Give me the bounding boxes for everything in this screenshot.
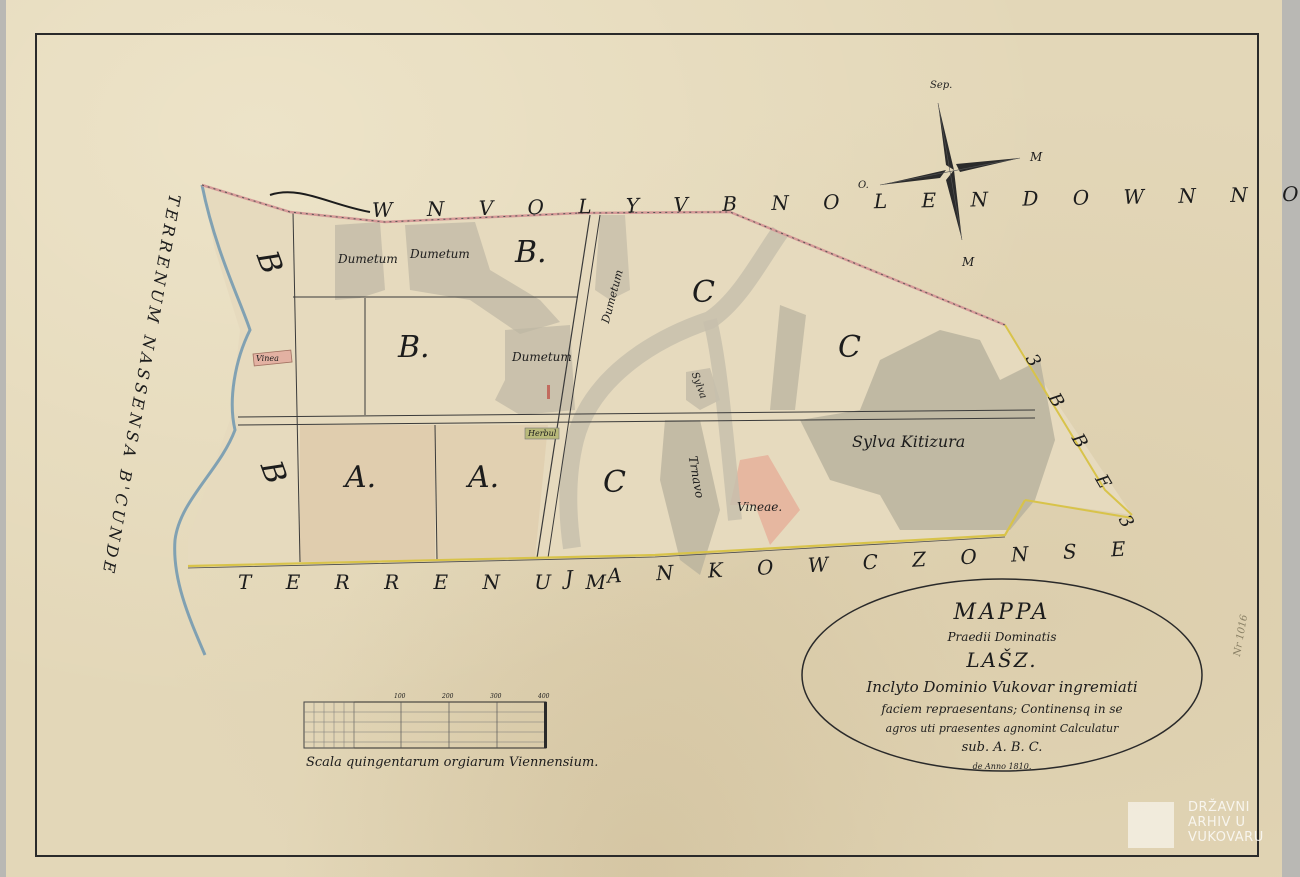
archive-name-line-2: ARHIV U xyxy=(1188,815,1264,830)
herbul-label: Herbul xyxy=(528,429,556,438)
archive-name: DRŽAVNI ARHIV U VUKOVARU xyxy=(1188,800,1264,845)
cartouche-line-5: faciem repraesentans; Continensq in se xyxy=(802,702,1202,716)
compass-north-label: Sep. xyxy=(930,80,952,91)
scale-tick-2: 200 xyxy=(442,693,453,700)
parcel-label-c-south: C xyxy=(603,465,626,500)
south-west-border-text: T E R R E N U M xyxy=(238,570,620,594)
archive-name-line-1: DRŽAVNI xyxy=(1188,800,1264,815)
compass-west-label: O. xyxy=(858,180,869,191)
scale-bar xyxy=(304,702,547,748)
archive-name-line-3: VUKOVARU xyxy=(1188,830,1264,845)
cartouche-line-2: Praedii Dominatis xyxy=(802,630,1202,644)
cartouche-date: de Anno 1810. xyxy=(802,762,1202,771)
parcel-label-b-north: B. xyxy=(515,235,547,270)
compass-east-label: M xyxy=(1030,150,1042,164)
scale-tick-4: 400 xyxy=(538,693,549,700)
archive-logo-icon xyxy=(1128,802,1174,848)
dumetum-label-1: Dumetum xyxy=(338,252,398,266)
scale-caption: Scala quingentarum orgiarum Viennensium. xyxy=(306,755,598,770)
cartouche-line-7: sub. A. B. C. xyxy=(802,740,1202,755)
vineae-label: Vineae. xyxy=(737,500,782,514)
cartouche-line-6: agros uti praesentes agnomint Calculatur xyxy=(802,722,1202,735)
parcel-label-c-east: C xyxy=(838,330,861,365)
parcel-label-a-1: A. xyxy=(345,460,376,495)
sylva-kitizura-label: Sylva Kitizura xyxy=(852,432,965,451)
parcel-label-b-middle: B. xyxy=(398,330,430,365)
scale-tick-3: 300 xyxy=(490,693,501,700)
parcel-label-c-north: C xyxy=(692,275,715,310)
cartouche-line-3: LAŠZ. xyxy=(802,648,1202,672)
title-cartouche: MAPPA Praedii Dominatis LAŠZ. Inclyto Do… xyxy=(802,580,1202,770)
cartouche-line-4: Inclyto Dominio Vukovar ingremiati xyxy=(802,678,1202,696)
vinea-small-label: Vinea xyxy=(256,354,279,363)
dumetum-label-2: Dumetum xyxy=(410,247,470,261)
compass-south-label: M xyxy=(962,255,974,269)
dumetum-label-3: Dumetum xyxy=(512,350,572,364)
scale-tick-1: 100 xyxy=(394,693,405,700)
parcel-label-a-2: A. xyxy=(468,460,499,495)
cartouche-title: MAPPA xyxy=(802,600,1202,625)
compass-rose-icon xyxy=(880,103,1020,240)
